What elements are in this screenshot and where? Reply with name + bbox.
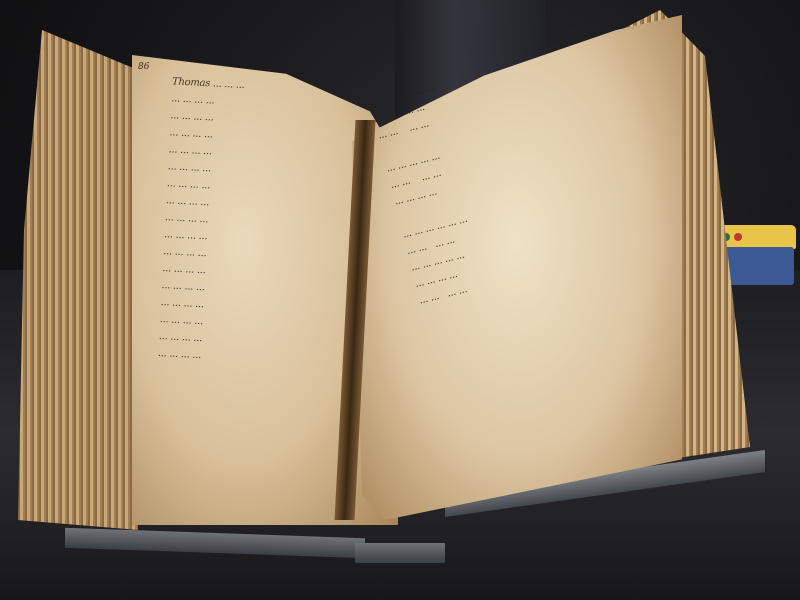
manuscript-book: 86 Thomas ... ... ... ... ... ... ... ..… bbox=[0, 0, 800, 600]
folio-number: 86 bbox=[138, 62, 149, 72]
left-page-edges bbox=[18, 30, 138, 530]
photo-scene: 86 Thomas ... ... ... ... ... ... ... ..… bbox=[0, 0, 800, 600]
left-page-handwriting: Thomas ... ... ... ... ... ... ... ... .… bbox=[157, 73, 244, 365]
